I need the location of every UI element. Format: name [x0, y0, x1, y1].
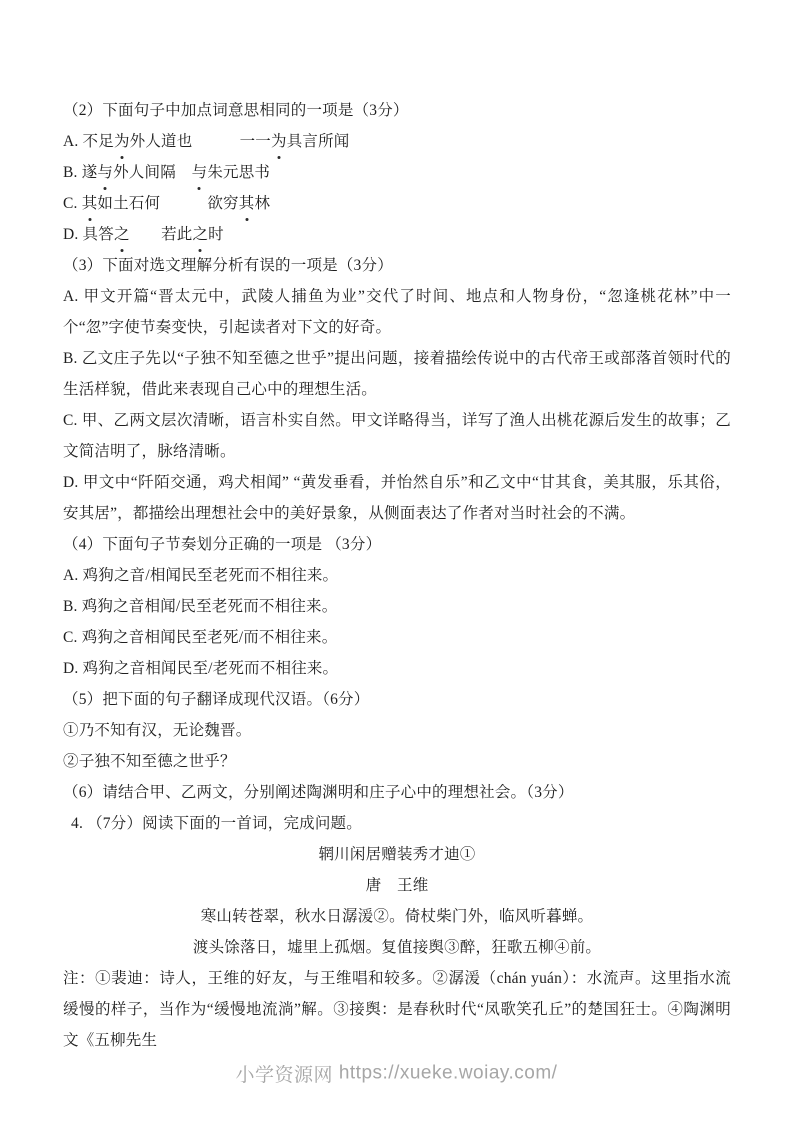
- emphasized-character: 其: [82, 188, 98, 219]
- q5-sentence-1: ①乃不知有汉，无论魏晋。: [63, 715, 731, 746]
- footer-site-name: 小学资源网: [236, 1065, 334, 1086]
- text-segment: [160, 195, 207, 212]
- q4-option-a: A. 鸡狗之音/相闻民至老死而不相往来。: [63, 560, 731, 591]
- subquestion-2-block: （2）下面句子中加点词意思相同的一项是（3分） A. 不足为外人道也 一一为具言…: [63, 95, 731, 250]
- emphasized-character: 为: [271, 126, 287, 157]
- q3-prompt: （3）下面对选文理解分析有误的一项是（3分）: [63, 250, 731, 281]
- text-segment: [192, 133, 239, 150]
- text-segment: [176, 164, 192, 181]
- emphasized-character: 与: [97, 157, 113, 188]
- subquestion-6-block: （6）请结合甲、乙两文，分别阐述陶渊明和庄子心中的理想社会。（3分）: [63, 777, 731, 808]
- text-segment: 一一: [240, 133, 271, 150]
- q3-option-d: D. 甲文中“阡陌交通，鸡犬相闻” “黄发垂看，并怡然自乐”和乙文中“甘其食，美…: [63, 467, 731, 529]
- exam-document-page: （2）下面句子中加点词意思相同的一项是（3分） A. 不足为外人道也 一一为具言…: [0, 0, 793, 1122]
- text-segment: D. 具答: [63, 226, 114, 243]
- text-segment: 欲穷: [207, 195, 238, 212]
- text-segment: 外人道也: [130, 133, 193, 150]
- text-segment: 时: [208, 226, 224, 243]
- q3-option-c: C. 甲、乙两文层次清晰，语言朴实自然。甲文详略得当，详写了渔人出桃花源后发生的…: [63, 405, 731, 467]
- text-segment: A. 不足: [63, 133, 114, 150]
- q2-option-a: A. 不足为外人道也 一一为具言所闻: [63, 126, 731, 157]
- emphasized-character: 其: [239, 188, 255, 219]
- q2-prompt: （2）下面句子中加点词意思相同的一项是（3分）: [63, 95, 731, 126]
- poem-line-2: 渡头馀落日，墟里上孤烟。复值接舆③醉，狂歌五柳④前。: [63, 932, 731, 963]
- text-segment: C.: [63, 195, 82, 212]
- q3-option-a: A. 甲文开篇“晋太元中，武陵人捕鱼为业”交代了时间、地点和人物身份，“忽逢桃花…: [63, 281, 731, 343]
- q4-prompt: （4）下面句子节奏划分正确的一项是 （3分）: [63, 529, 731, 560]
- subquestion-5-block: （5）把下面的句子翻译成现代汉语。（6分） ①乃不知有汉，无论魏晋。 ②子独不知…: [63, 684, 731, 777]
- q2-option-b: B. 遂与外人间隔 与朱元思书: [63, 157, 731, 188]
- emphasized-character: 为: [114, 126, 130, 157]
- text-segment: [130, 226, 161, 243]
- q6-prompt: （6）请结合甲、乙两文，分别阐述陶渊明和庄子心中的理想社会。（3分）: [63, 777, 731, 808]
- q2-option-c: C. 其如土石何 欲穷其林: [63, 188, 731, 219]
- poem-title: 辋川闲居赠装秀才迪①: [63, 839, 731, 870]
- footer-site-url: https://xueke.woiay.com/: [339, 1063, 558, 1084]
- footer-watermark: 小学资源网 https://xueke.woiay.com/: [0, 1060, 793, 1087]
- q5-prompt: （5）把下面的句子翻译成现代汉语。（6分）: [63, 684, 731, 715]
- text-segment: 具言所闻: [287, 133, 350, 150]
- q5-sentence-2: ②子独不知至德之世乎？: [63, 746, 731, 777]
- text-segment: 林: [254, 195, 270, 212]
- text-segment: 如土石何: [97, 195, 160, 212]
- text-segment: B. 遂: [63, 164, 97, 181]
- text-segment: 朱元思书: [207, 164, 270, 181]
- subquestion-4-block: （4）下面句子节奏划分正确的一项是 （3分） A. 鸡狗之音/相闻民至老死而不相…: [63, 529, 731, 684]
- question-4-poem-block: 4. （7分）阅读下面的一首词，完成问题。 辋川闲居赠装秀才迪① 唐 王维 寒山…: [63, 808, 731, 1056]
- question4-intro: 4. （7分）阅读下面的一首词，完成问题。: [63, 808, 731, 839]
- subquestion-3-block: （3）下面对选文理解分析有误的一项是（3分） A. 甲文开篇“晋太元中，武陵人捕…: [63, 250, 731, 529]
- q2-option-d: D. 具答之 若此之时: [63, 219, 731, 250]
- poem-line-1: 寒山转苍翠，秋水日潺湲②。倚杖柴门外，临风听暮蝉。: [63, 901, 731, 932]
- emphasized-character: 之: [114, 219, 130, 250]
- text-segment: 若此: [161, 226, 192, 243]
- text-segment: 外人间隔: [113, 164, 176, 181]
- emphasized-character: 与: [192, 157, 208, 188]
- poem-annotations: 注：①裴迪：诗人，王维的好友，与王维唱和较多。②潺湲（chán yuán）：水流…: [63, 963, 731, 1056]
- q4-option-c: C. 鸡狗之音相闻民至老死/而不相往来。: [63, 622, 731, 653]
- poem-author: 唐 王维: [63, 870, 731, 901]
- q3-option-b: B. 乙文庄子先以“子独不知至德之世乎”提出问题，接着描绘传说中的古代帝王或部落…: [63, 343, 731, 405]
- q4-option-b: B. 鸡狗之音相闻/民至老死而不相往来。: [63, 591, 731, 622]
- emphasized-character: 之: [192, 219, 208, 250]
- q4-option-d: D. 鸡狗之音相闻民至/老死而不相往来。: [63, 653, 731, 684]
